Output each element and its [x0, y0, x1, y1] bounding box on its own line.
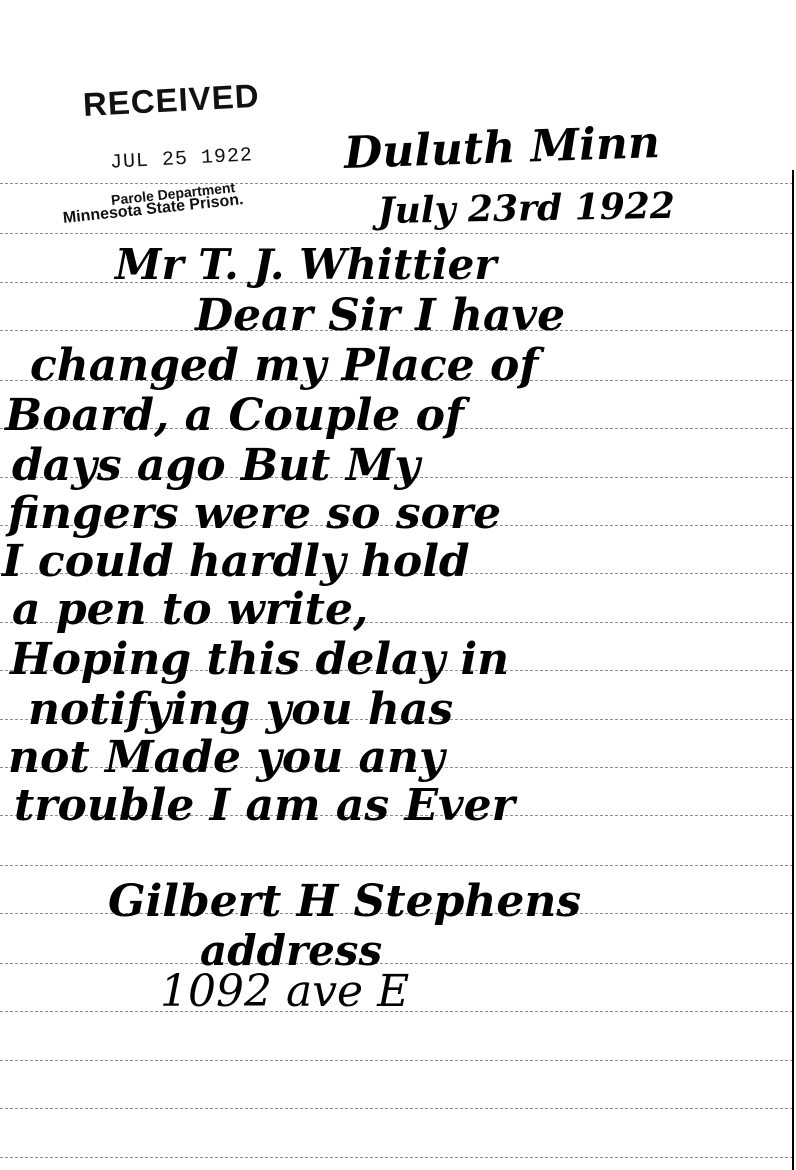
letter-line: a pen to write,	[12, 584, 368, 635]
ruled-line	[0, 963, 793, 964]
letter-line: notifying you has	[28, 684, 453, 735]
letter-place: Duluth Minn	[343, 117, 660, 179]
sender-address: 1092 ave E	[160, 966, 409, 1017]
letter-page: RECEIVED JUL 25 1922 Parole Department M…	[0, 0, 796, 1170]
letter-line: Dear Sir I have	[195, 290, 565, 341]
signature: Gilbert H Stephens	[108, 876, 581, 927]
ruled-line	[0, 1060, 793, 1061]
received-stamp-date: JUL 25 1922	[109, 144, 253, 174]
received-stamp-title: RECEIVED	[82, 77, 260, 124]
letter-line: I could hardly hold	[2, 536, 470, 587]
letter-line: trouble I am as Ever	[14, 780, 515, 831]
ruled-line	[0, 1108, 793, 1109]
letter-line: days ago But My	[12, 440, 420, 491]
letter-line: not Made you any	[8, 732, 445, 783]
letter-date: July 23rd 1922	[377, 185, 675, 232]
letter-line: fingers were so sore	[8, 488, 501, 539]
letter-addressee: Mr T. J. Whittier	[115, 240, 496, 289]
letter-line: Board, a Couple of	[5, 390, 464, 441]
ruled-line	[0, 1157, 793, 1158]
letter-line: Hoping this delay in	[10, 634, 509, 685]
page-edge-border	[792, 170, 794, 1170]
ruled-line	[0, 233, 793, 234]
letter-line: changed my Place of	[30, 340, 538, 391]
ruled-line	[0, 865, 793, 866]
